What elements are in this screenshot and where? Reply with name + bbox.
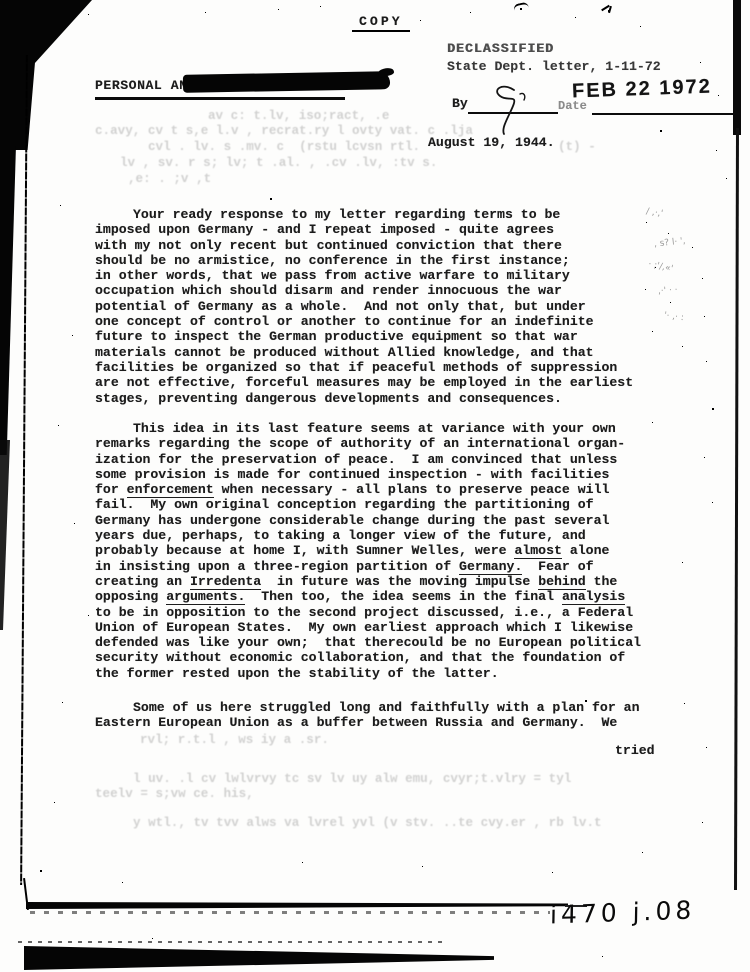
text-segment: probably because at home I, with Sumner … <box>95 543 514 558</box>
text-segment: creating an <box>95 574 190 589</box>
body-line: probably because at home I, with Sumner … <box>95 543 660 558</box>
page-bottom-edge-line <box>26 902 568 909</box>
body-line: future to inspect the German productive … <box>95 329 660 344</box>
handwritten-file-number: i470 j.08 <box>550 895 696 929</box>
classification-label: PERSONAL AN <box>95 78 188 93</box>
text-segment: the <box>586 574 618 589</box>
text-segment: in future was the moving impulse <box>261 574 538 589</box>
illegible-faded-line: rvl; r.t.l , ws iy a .sr. <box>140 733 329 747</box>
body-line: years due, perhaps, to taking a longer v… <box>95 528 660 543</box>
bottom-black-wedge-artifact <box>24 946 494 970</box>
underlined-word: behind <box>538 574 585 590</box>
body-line: opposing arguments. Then too, the idea s… <box>95 589 660 604</box>
body-line: Germany has undergone considerable chang… <box>95 513 660 528</box>
copy-heading: COPY <box>352 14 410 32</box>
illegible-faded-line: l uv. .l cv lwlvrvy tc sv lv uy alw emu,… <box>133 772 571 786</box>
signature-scrawl <box>480 80 540 138</box>
scanned-letter-page: COPY DECLASSIFIED State Dept. letter, 1-… <box>0 0 750 972</box>
continuation-word: tried <box>615 743 655 758</box>
body-line: Eastern European Union as a buffer betwe… <box>95 715 660 730</box>
paragraph-3: Some of us here struggled long and faith… <box>95 700 660 731</box>
text-segment: opposing <box>95 589 166 604</box>
left-edge-shadow-artifact <box>0 145 16 455</box>
classification-underline <box>95 97 345 100</box>
left-edge-shadow-artifact-lower <box>0 440 10 630</box>
underlined-word: enforcement <box>127 482 214 498</box>
illegible-faded-line: teelv = s;vw ce. his, <box>95 787 254 801</box>
body-line: defended was like your own; that thereco… <box>95 635 660 650</box>
illegible-faded-line: (t) - <box>558 140 596 154</box>
page-bottom-fringe <box>30 911 550 914</box>
body-line: remarks regarding the scope of authority… <box>95 436 660 451</box>
stray-pen-mark <box>608 6 612 13</box>
declassified-stamp-line1: DECLASSIFIED <box>447 41 554 56</box>
body-line: some provision is made for continued ins… <box>95 467 660 482</box>
illegible-faded-line: lv , sv. r s; lv; t .al. , .cv .lv, :tv … <box>120 156 437 170</box>
body-line: ization for the preservation of peace. I… <box>95 452 660 467</box>
body-line: are not effective, forceful measures may… <box>95 375 660 390</box>
body-line: in other words, that we pass from active… <box>95 268 660 283</box>
underlined-word: analysis <box>562 589 625 605</box>
illegible-faded-line: cvl . lv. s .mv. c (rstu lcvsn rtl. <box>148 140 420 154</box>
body-line: one concept of control or another to con… <box>95 314 660 329</box>
underlined-word: almost <box>514 543 561 559</box>
margin-pencil-mark: , s? l· ', <box>654 236 686 249</box>
text-segment: Fear of <box>522 559 593 574</box>
body-line: materials cannot be produced without All… <box>95 345 660 360</box>
stamp-by-label: By <box>452 96 468 111</box>
page-left-edge-line <box>20 55 28 885</box>
body-line: fail. My own original conception regardi… <box>95 497 660 512</box>
page-right-edge-line <box>734 128 739 890</box>
margin-pencil-mark: ,·' · · <box>658 285 678 296</box>
stray-arc-mark <box>513 2 530 17</box>
body-line: This idea in its last feature seems at v… <box>95 421 660 436</box>
declassified-stamp-line2: State Dept. letter, 1-11-72 <box>447 59 661 74</box>
body-line: Your ready response to my letter regardi… <box>95 207 660 222</box>
body-line: in insisting upon a three-region partiti… <box>95 559 660 574</box>
paragraph-1: Your ready response to my letter regardi… <box>95 207 660 406</box>
text-segment: in insisting upon a three-region partiti… <box>95 559 459 574</box>
text-segment: Then too, the idea seems in the final <box>245 589 562 604</box>
body-line: Some of us here struggled long and faith… <box>95 700 660 715</box>
underlined-word: Irredenta <box>190 574 261 590</box>
text-segment: alone <box>562 543 609 558</box>
body-line: for enforcement when necessary - all pla… <box>95 482 660 497</box>
redaction-bar <box>183 71 390 93</box>
date-stamp: FEB 22 1972 <box>572 76 713 104</box>
torn-corner-artifact <box>0 0 92 150</box>
underlined-word: Germany. <box>459 559 522 575</box>
body-line: security without economic collaboration,… <box>95 650 660 665</box>
body-line: occupation which should disarm and rende… <box>95 283 660 298</box>
body-line: Union of European States. My own earlies… <box>95 620 660 635</box>
body-line: to be in opposition to the second projec… <box>95 605 660 620</box>
text-segment: when necessary - all plans to preserve p… <box>214 482 610 497</box>
illegible-faded-line: ,e: . ;v ,t <box>128 172 211 186</box>
body-line: facilities be organized so that if peace… <box>95 360 660 375</box>
paragraph-2: This idea in its last feature seems at v… <box>95 421 660 681</box>
body-line: potential of Germany as a whole. And not… <box>95 299 660 314</box>
margin-pencil-mark: '· ,· : <box>663 311 684 323</box>
body-line: should be no armistice, no conference in… <box>95 253 660 268</box>
letter-date: August 19, 1944. <box>428 135 555 150</box>
illegible-faded-line: c.avy, cv t s,e l.v , recrat.ry l ovty v… <box>95 124 473 138</box>
body-line: creating an Irredenta in future was the … <box>95 574 660 589</box>
body-line: imposed upon Germany - and I repeat impo… <box>95 222 660 237</box>
illegible-faded-line: y wtl., tv tvv alws va lvrel yvl (v stv.… <box>133 816 602 830</box>
underlined-word: arguments. <box>166 589 245 605</box>
text-segment: for <box>95 482 127 497</box>
body-line: stages, preventing dangerous development… <box>95 391 660 406</box>
bottom-dotted-artifact <box>18 941 443 943</box>
body-line: the former rested upon the stability of … <box>95 666 660 681</box>
illegible-faded-line: av c: t.lv, iso;ract, .e <box>208 109 389 123</box>
stamp-date-rule <box>592 113 735 115</box>
body-line: with my not only recent but continued co… <box>95 238 660 253</box>
scan-speckle-layer-large <box>0 0 2 2</box>
